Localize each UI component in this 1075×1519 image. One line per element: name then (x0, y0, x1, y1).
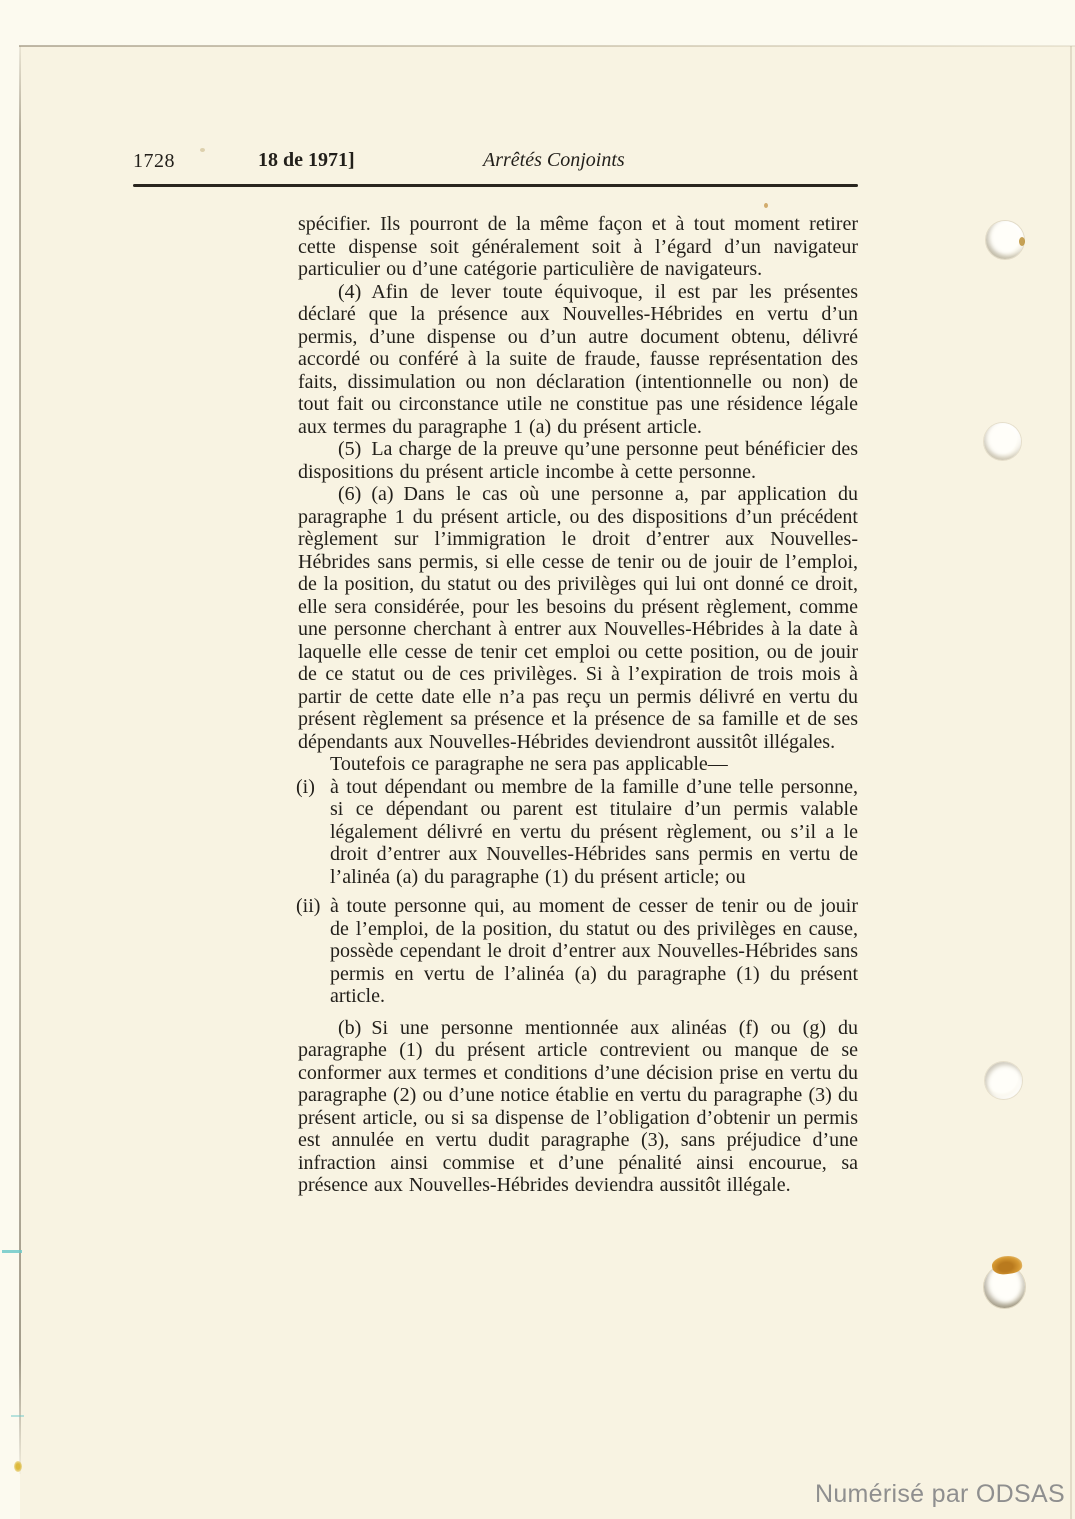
digitization-watermark: Numérisé par ODSAS (815, 1480, 1065, 1509)
paragraph-continuation: spécifier. Ils pourront de la même façon… (298, 213, 858, 281)
paragraph-5: (5) La charge de la preuve qu’une person… (298, 438, 858, 483)
paragraph-6a: (6) (a) Dans le cas où une personne a, p… (298, 483, 858, 753)
yellow-edge-speck (14, 1461, 22, 1472)
paragraph-b: (b) Si une personne mentionnée aux aliné… (298, 1017, 858, 1197)
header-rule (133, 184, 858, 187)
paper-speck (764, 203, 768, 208)
cyan-edge-mark-faint (11, 1415, 24, 1417)
scanned-document-page: { "header": { "page_number": "1728", "ed… (0, 0, 1075, 1519)
paragraph-4: (4) Afin de lever toute équivoque, il es… (298, 281, 858, 439)
page-left-edge (19, 46, 21, 1474)
scan-right-edge (1070, 46, 1072, 1519)
page-top-edge (19, 45, 1075, 47)
edition-label: 18 de 1971] (258, 149, 355, 172)
document-text-column: spécifier. Ils pourront de la même façon… (298, 213, 858, 1197)
running-title: Arrêtés Conjoints (483, 149, 625, 172)
cyan-edge-mark (2, 1250, 22, 1253)
list-item-i-text: à tout dépendant ou membre de la famille… (330, 776, 858, 888)
list-marker-ii: (ii) (296, 895, 320, 918)
list-marker-i: (i) (296, 776, 315, 799)
list-item-ii-text: à toute personne qui, au moment de cesse… (330, 895, 858, 1007)
proviso-line: Toutefois ce paragraphe ne sera pas appl… (298, 753, 858, 776)
paper-speck-faint (200, 148, 205, 152)
list-item-i: (i) à tout dépendant ou membre de la fam… (298, 776, 858, 889)
punch-hole-2 (984, 423, 1021, 460)
page-header: 1728 18 de 1971] Arrêtés Conjoints (133, 148, 858, 178)
page-number: 1728 (133, 150, 175, 173)
list-item-ii: (ii) à toute personne qui, au moment de … (298, 895, 858, 1008)
punch-hole-3 (985, 1062, 1022, 1099)
punch-hole-1 (986, 221, 1024, 259)
